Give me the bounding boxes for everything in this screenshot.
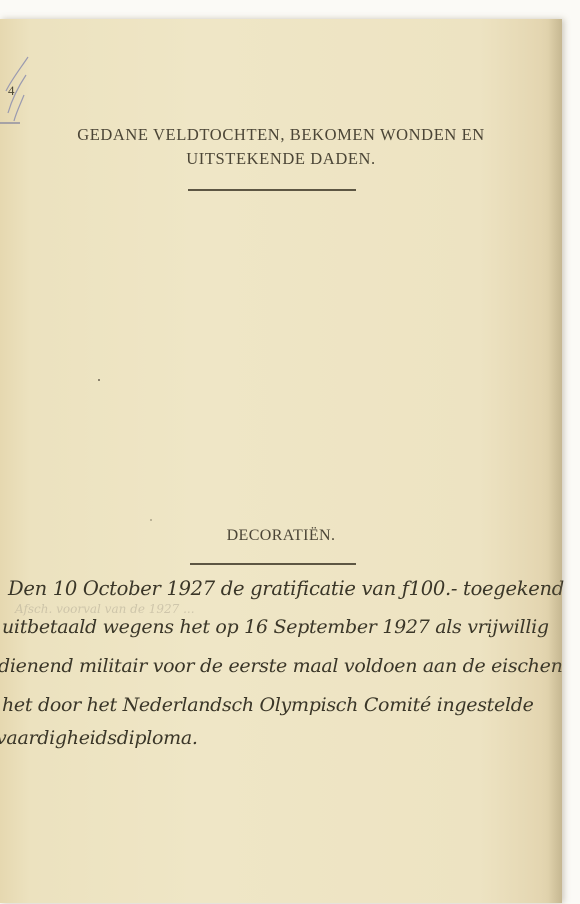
page-number: 4 <box>8 83 15 99</box>
section-divider <box>190 563 356 565</box>
paper-speck <box>150 519 152 521</box>
section-title-decorations: DECORATIËN. <box>0 527 562 545</box>
handwritten-line: vaardigheidsdiploma. <box>0 727 198 749</box>
paper-speck <box>98 379 100 381</box>
pencil-annotation-mark <box>2 55 32 125</box>
heading-divider <box>188 189 356 191</box>
heading-line-2: UITSTEKENDE DADEN. <box>0 148 562 170</box>
heading-line-1: GEDANE VELDTOCHTEN, BEKOMEN WONDEN EN <box>0 124 562 146</box>
document-page: 4 GEDANE VELDTOCHTEN, BEKOMEN WONDEN EN … <box>0 19 562 903</box>
handwritten-line: uitbetaald wegens het op 16 September 19… <box>2 616 549 638</box>
handwritten-line: het door het Nederlandsch Olympisch Comi… <box>2 694 534 716</box>
handwritten-line: dienend militair voor de eerste maal vol… <box>0 655 563 677</box>
handwritten-line: Den 10 October 1927 de gratificatie van … <box>8 577 564 600</box>
faint-pencil-note: Afsch. voorval van de 1927 ... <box>15 602 195 616</box>
